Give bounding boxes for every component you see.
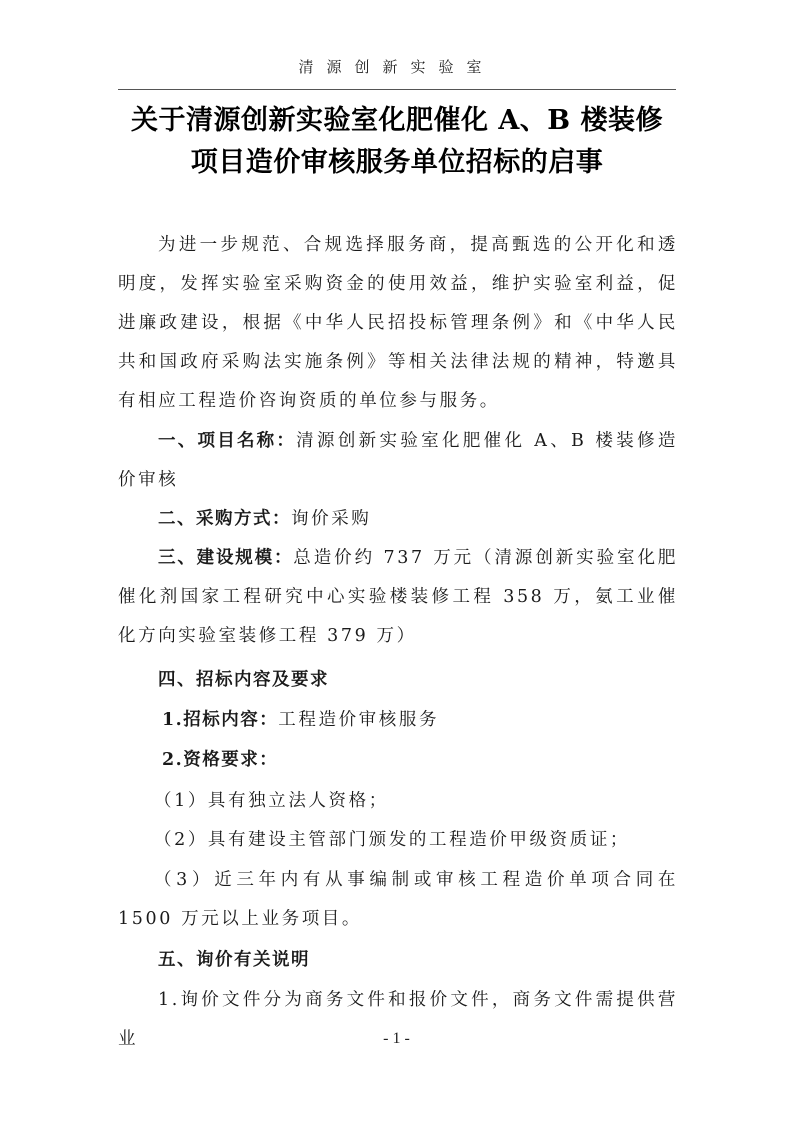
requirement-2: （2）具有建设主管部门颁发的工程造价甲级资质证； <box>118 821 678 860</box>
qualification-requirements-heading: 2.资格要求： <box>118 741 678 780</box>
title-line-2: 项目造价审核服务单位招标的启事 <box>110 142 684 184</box>
section-construction-scale-label: 三、建设规模： <box>158 548 293 568</box>
section-construction-scale: 三、建设规模：总造价约 737 万元（清源创新实验室化肥催化剂国家工程研究中心实… <box>118 539 678 656</box>
section-tender-content-heading: 四、招标内容及要求 <box>118 661 678 700</box>
title-line-1: 关于清源创新实验室化肥催化 A、B 楼装修 <box>110 100 684 142</box>
page-number: - 1 - <box>0 1030 793 1048</box>
tender-content-value: 工程造价审核服务 <box>278 710 439 730</box>
section-inquiry-notes-heading-text: 五、询价有关说明 <box>158 950 310 970</box>
document-title: 关于清源创新实验室化肥催化 A、B 楼装修 项目造价审核服务单位招标的启事 <box>110 100 684 184</box>
section-project-name: 一、项目名称：清源创新实验室化肥催化 A、B 楼装修造价审核 <box>118 422 678 500</box>
intro-paragraph: 为进一步规范、合规选择服务商，提高甄选的公开化和透明度，发挥实验室采购资金的使用… <box>118 226 678 421</box>
requirement-1: （1）具有独立法人资格； <box>118 782 678 821</box>
section-tender-content-heading-text: 四、招标内容及要求 <box>158 670 329 690</box>
section-project-name-label: 一、项目名称： <box>158 431 296 451</box>
section-inquiry-notes-heading: 五、询价有关说明 <box>118 941 678 980</box>
section-procurement-method-value: 询价采购 <box>291 509 371 529</box>
tender-content-label: 1.招标内容： <box>162 710 278 730</box>
tender-content-item: 1.招标内容：工程造价审核服务 <box>118 701 678 740</box>
section-procurement-method: 二、采购方式：询价采购 <box>118 500 678 539</box>
requirement-3: （3）近三年内有从事编制或审核工程造价单项合同在 1500 万元以上业务项目。 <box>118 861 678 939</box>
header-divider <box>118 89 676 90</box>
document-header-org-name: 清源创新实验室 <box>118 56 675 77</box>
qualification-requirements-label: 2.资格要求： <box>162 750 278 770</box>
section-procurement-method-label: 二、采购方式： <box>158 509 291 529</box>
